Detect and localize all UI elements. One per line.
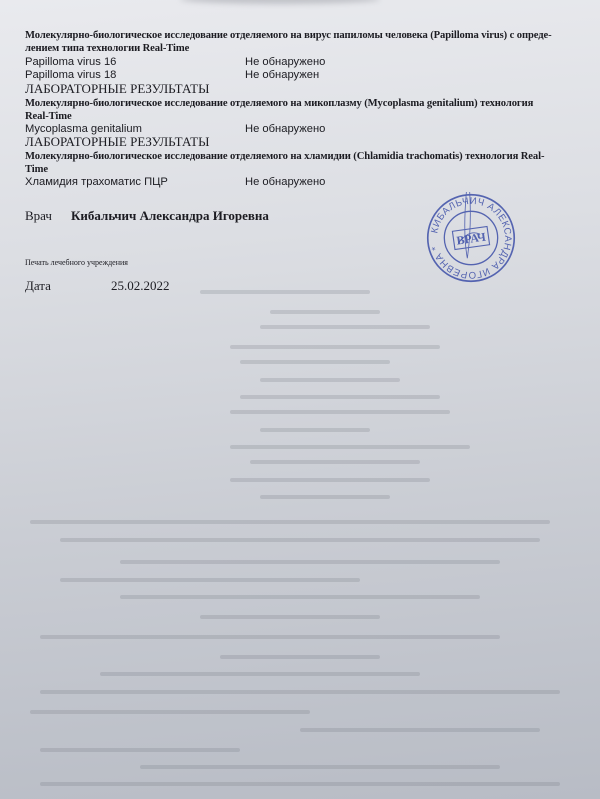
seal-label: Печать лечебного учреждения bbox=[25, 258, 128, 267]
result-value: Не обнаружено bbox=[245, 56, 325, 69]
section-title-mycoplasma: Молекулярно-биологическое исследование о… bbox=[25, 97, 595, 123]
section-title-line: Time bbox=[25, 163, 595, 176]
ghost-text-line bbox=[30, 710, 310, 714]
ghost-text-line bbox=[260, 378, 400, 382]
document-page: Молекулярно-биологическое исследование о… bbox=[0, 0, 600, 799]
section-title-line: Real-Time bbox=[25, 110, 595, 123]
ghost-text-line bbox=[240, 360, 390, 364]
doctor-label: Врач bbox=[25, 208, 71, 224]
ghost-text-line bbox=[120, 560, 500, 564]
lab-results-heading: ЛАБОРАТОРНЫЕ РЕЗУЛЬТАТЫ bbox=[25, 82, 209, 96]
section-title-line: Молекулярно-биологическое исследование о… bbox=[25, 29, 595, 42]
ghost-text-line bbox=[60, 538, 540, 542]
result-value: Не обнаружен bbox=[245, 69, 319, 82]
ghost-text-line bbox=[120, 595, 480, 599]
section-title-line: Молекулярно-биологическое исследование о… bbox=[25, 150, 595, 163]
ghost-text-line bbox=[30, 520, 550, 524]
ghost-text-line bbox=[200, 615, 380, 619]
lab-results-heading: ЛАБОРАТОРНЫЕ РЕЗУЛЬТАТЫ bbox=[25, 135, 209, 149]
section-title-line: Молекулярно-биологическое исследование о… bbox=[25, 97, 595, 110]
stamp-center-text: ВРАЧ bbox=[456, 230, 487, 248]
doctor-line: ВрачКибальчич Александра Игоревна bbox=[25, 208, 269, 224]
section-title-line: лением типа технологии Real-Time bbox=[25, 42, 595, 55]
ghost-text-line bbox=[140, 765, 500, 769]
ghost-text-line bbox=[40, 635, 500, 639]
doctor-stamp-icon: КИБАЛЬЧИЧ АЛЕКСАНДРА ИГОРЕВНА * ВРАЧ bbox=[425, 192, 517, 284]
ghost-text-line bbox=[60, 578, 360, 582]
result-name: Papilloma virus 16 bbox=[25, 56, 116, 69]
ghost-text-line bbox=[230, 345, 440, 349]
ghost-text-line bbox=[230, 445, 470, 449]
section-title-chlamidia: Молекулярно-биологическое исследование о… bbox=[25, 150, 595, 176]
ghost-text-line bbox=[240, 395, 440, 399]
ghost-text-line bbox=[260, 428, 370, 432]
result-name: Хламидия трахоматис ПЦР bbox=[25, 176, 168, 189]
date-label: Дата bbox=[25, 278, 111, 294]
ghost-text-line bbox=[260, 325, 430, 329]
ghost-text-line bbox=[250, 460, 420, 464]
ghost-text-line bbox=[40, 748, 240, 752]
result-value: Не обнаружено bbox=[245, 176, 325, 189]
ghost-text-line bbox=[230, 478, 430, 482]
ghost-text-line bbox=[220, 655, 380, 659]
ghost-text-line bbox=[40, 782, 560, 786]
ghost-text-line bbox=[300, 728, 540, 732]
ghost-text-line bbox=[260, 495, 390, 499]
ghost-text-line bbox=[270, 310, 380, 314]
ghost-text-line bbox=[200, 290, 370, 294]
ghost-text-line bbox=[230, 410, 450, 414]
date-line: Дата25.02.2022 bbox=[25, 278, 170, 294]
doctor-name: Кибальчич Александра Игоревна bbox=[71, 208, 269, 223]
result-value: Не обнаружено bbox=[245, 123, 325, 136]
ghost-text-line bbox=[40, 690, 560, 694]
ghost-text-line bbox=[100, 672, 420, 676]
section-title-papilloma: Молекулярно-биологическое исследование о… bbox=[25, 29, 595, 55]
date-value: 25.02.2022 bbox=[111, 278, 170, 293]
